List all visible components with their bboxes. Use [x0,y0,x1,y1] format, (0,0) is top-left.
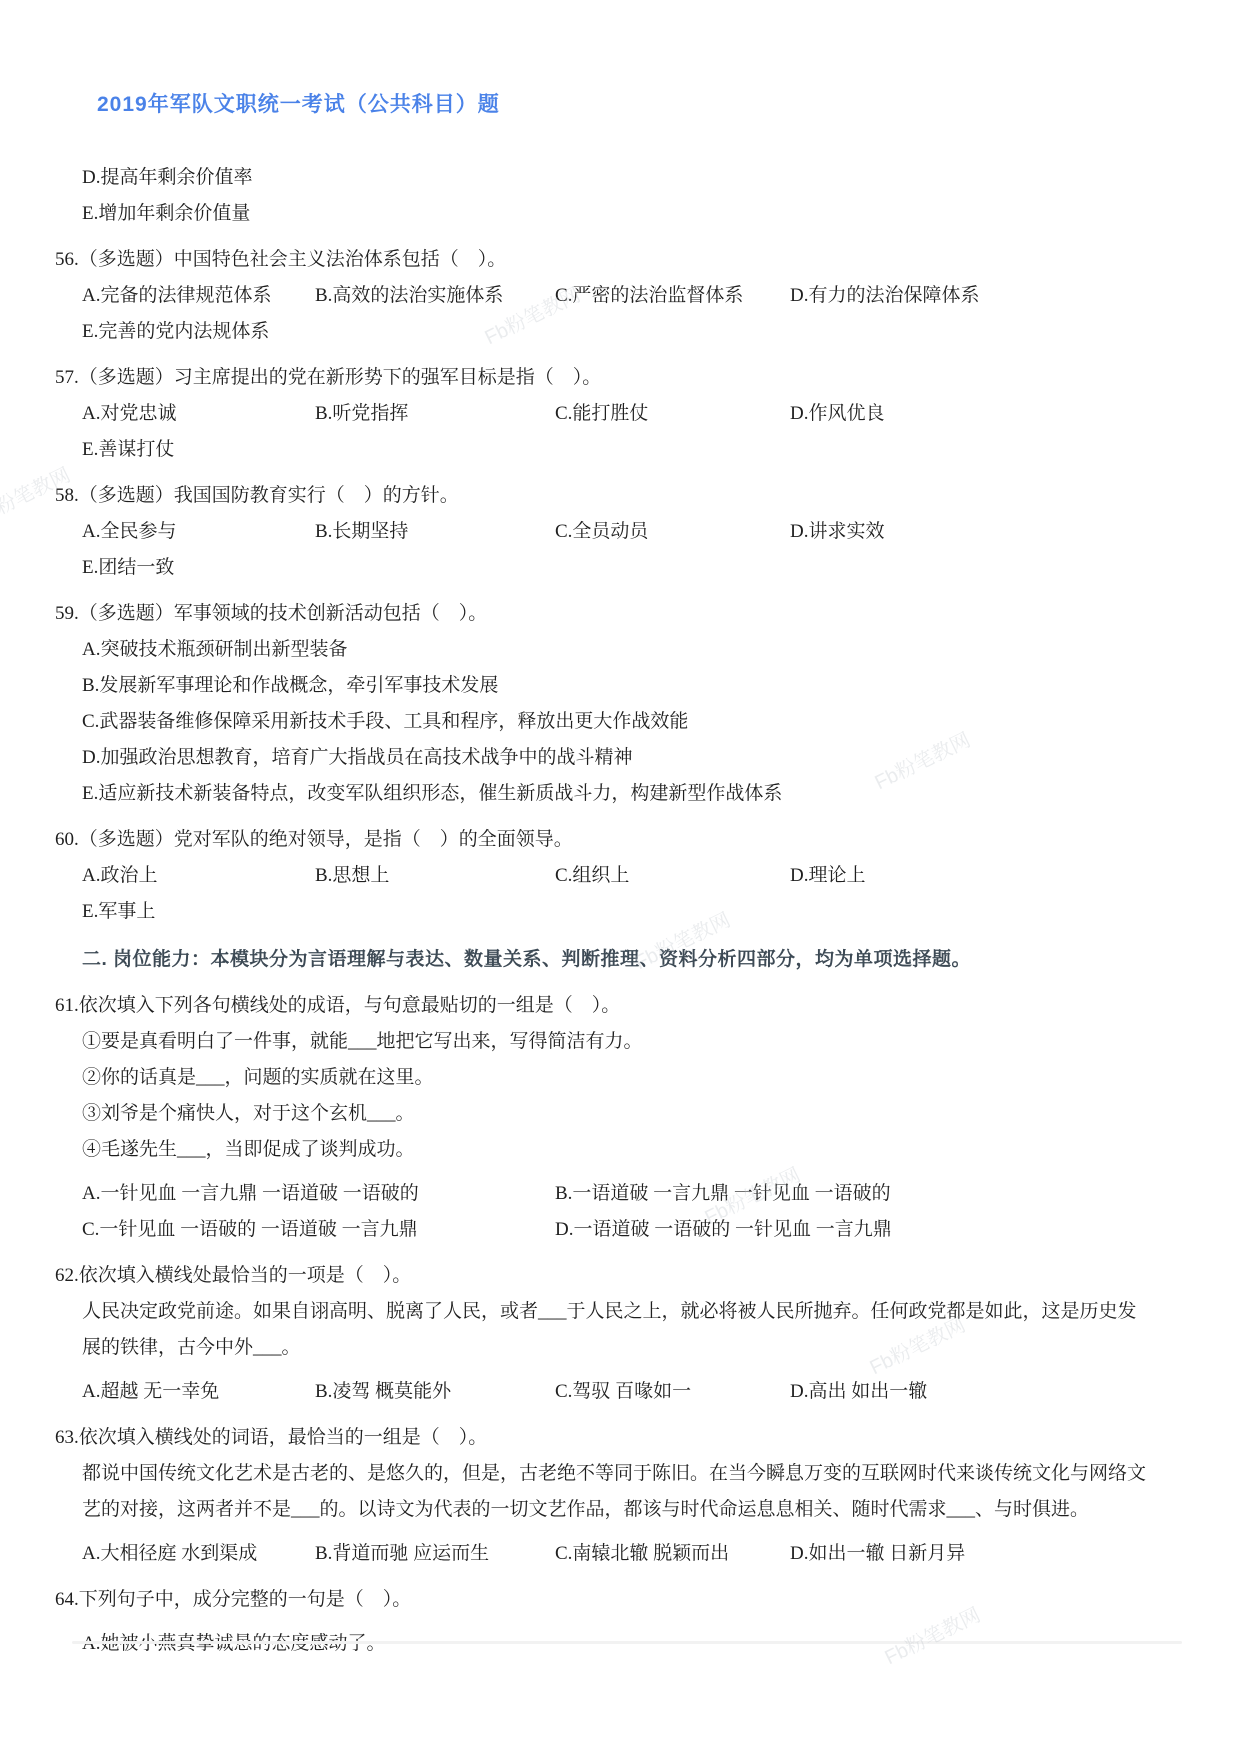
section-header-job-ability: 二. 岗位能力：本模块分为言语理解与表达、数量关系、判断推理、资料分析四部分，均… [82,942,1180,978]
question-56-option-a: A.完备的法律规范体系 [82,278,315,314]
question-63-option-d: D.如出一辙 日新月异 [790,1536,1180,1572]
question-64-option-a: A.她被小燕真挚诚恳的态度感动了。 [82,1626,1180,1662]
question-58-stem-text: （多选题）我国国防教育实行（ ）的方针。 [79,485,459,506]
question-57-options-row: A.对党忠诚 B.听党指挥 C.能打胜仗 D.作风优良 [82,396,1180,432]
question-56-options-row: A.完备的法律规范体系 B.高效的法治实施体系 C.严密的法治监督体系 D.有力… [82,278,1180,314]
question-61-options-row-1: A.一针见血 一言九鼎 一语道破 一语破的 B.一语道破 一言九鼎 一针见血 一… [82,1176,1180,1212]
question-59-option-d: D.加强政治思想教育，培育广大指战员在高技术战争中的战斗精神 [82,740,1180,776]
question-57-number: 57. [55,367,79,388]
question-61-sentence-4: ④毛遂先生___，当即促成了谈判成功。 [82,1132,1152,1168]
question-60-options-row: A.政治上 B.思想上 C.组织上 D.理论上 [82,858,1180,894]
question-62-option-b: B.凌驾 概莫能外 [315,1374,555,1410]
question-62: 62.依次填入横线处最恰当的一项是（ ）。 人民决定政党前途。如果自诩高明、脱离… [55,1258,1180,1410]
question-63: 63.依次填入横线处的词语，最恰当的一组是（ ）。 都说中国传统文化艺术是古老的… [55,1420,1180,1572]
carryover-option-d: D.提高年剩余价值率 [82,160,1180,196]
question-56: 56.（多选题）中国特色社会主义法治体系包括（ ）。 A.完备的法律规范体系 B… [55,242,1180,350]
question-57-option-b: B.听党指挥 [315,396,555,432]
question-59-option-a: A.突破技术瓶颈研制出新型装备 [82,632,1180,668]
question-56-stem-text: （多选题）中国特色社会主义法治体系包括（ ）。 [79,249,507,270]
carryover-options-block: D.提高年剩余价值率 E.增加年剩余价值量 [55,160,1180,232]
question-58-number: 58. [55,485,79,506]
question-56-option-b: B.高效的法治实施体系 [315,278,555,314]
carryover-option-e: E.增加年剩余价值量 [82,196,1180,232]
question-60-number: 60. [55,829,79,850]
question-62-option-a: A.超越 无一幸免 [82,1374,315,1410]
question-61-option-b: B.一语道破 一言九鼎 一针见血 一语破的 [555,1176,1180,1212]
question-61-stem-text: 依次填入下列各句横线处的成语，与句意最贴切的一组是（ ）。 [79,995,621,1016]
question-64-number: 64. [55,1589,79,1610]
question-63-stem: 63.依次填入横线处的词语，最恰当的一组是（ ）。 [55,1420,1180,1456]
question-57-option-c: C.能打胜仗 [555,396,790,432]
question-61-sentence-2: ②你的话真是___，问题的实质就在这里。 [82,1060,1152,1096]
question-63-number: 63. [55,1427,79,1448]
question-58-option-a: A.全民参与 [82,514,315,550]
question-56-option-d: D.有力的法治保障体系 [790,278,1180,314]
question-60-option-c: C.组织上 [555,858,790,894]
question-59: 59.（多选题）军事领域的技术创新活动包括（ ）。 A.突破技术瓶颈研制出新型装… [55,596,1180,812]
question-59-option-e: E.适应新技术新装备特点，改变军队组织形态，催生新质战斗力，构建新型作战体系 [82,776,1180,812]
question-64-stem: 64.下列句子中，成分完整的一句是（ ）。 [55,1582,1180,1618]
question-60-stem: 60.（多选题）党对军队的绝对领导，是指（ ）的全面领导。 [55,822,1180,858]
question-61-option-d: D.一语道破 一语破的 一针见血 一言九鼎 [555,1212,1180,1248]
question-58-options-row: A.全民参与 B.长期坚持 C.全员动员 D.讲求实效 [82,514,1180,550]
question-58: 58.（多选题）我国国防教育实行（ ）的方针。 A.全民参与 B.长期坚持 C.… [55,478,1180,586]
question-61-options-row-2: C.一针见血 一语破的 一语道破 一言九鼎 D.一语道破 一语破的 一针见血 一… [82,1212,1180,1248]
question-61: 61.依次填入下列各句横线处的成语，与句意最贴切的一组是（ ）。 ①要是真看明白… [55,988,1180,1248]
question-57: 57.（多选题）习主席提出的党在新形势下的强军目标是指（ ）。 A.对党忠诚 B… [55,360,1180,468]
question-59-option-c: C.武器装备维修保障采用新技术手段、工具和程序，释放出更大作战效能 [82,704,1180,740]
question-58-option-b: B.长期坚持 [315,514,555,550]
question-59-stem-text: （多选题）军事领域的技术创新活动包括（ ）。 [79,603,488,624]
question-57-stem: 57.（多选题）习主席提出的党在新形势下的强军目标是指（ ）。 [55,360,1180,396]
question-61-sentence-3: ③刘爷是个痛快人，对于这个玄机___。 [82,1096,1152,1132]
question-63-options-row: A.大相径庭 水到渠成 B.背道而驰 应运而生 C.南辕北辙 脱颖而出 D.如出… [82,1536,1180,1572]
question-56-stem: 56.（多选题）中国特色社会主义法治体系包括（ ）。 [55,242,1180,278]
question-57-option-d: D.作风优良 [790,396,1180,432]
question-62-option-c: C.驾驭 百喙如一 [555,1374,790,1410]
question-60-option-e: E.军事上 [82,894,1180,930]
question-63-stem-text: 依次填入横线处的词语，最恰当的一组是（ ）。 [79,1427,488,1448]
question-56-option-e: E.完善的党内法规体系 [82,314,1180,350]
question-63-option-c: C.南辕北辙 脱颖而出 [555,1536,790,1572]
question-62-number: 62. [55,1265,79,1286]
question-57-stem-text: （多选题）习主席提出的党在新形势下的强军目标是指（ ）。 [79,367,602,388]
question-61-number: 61. [55,995,79,1016]
question-56-number: 56. [55,249,79,270]
question-58-option-d: D.讲求实效 [790,514,1180,550]
question-64: 64.下列句子中，成分完整的一句是（ ）。 A.她被小燕真挚诚恳的态度感动了。 [55,1582,1180,1662]
question-58-option-c: C.全员动员 [555,514,790,550]
question-59-stem: 59.（多选题）军事领域的技术创新活动包括（ ）。 [55,596,1180,632]
question-61-stem: 61.依次填入下列各句横线处的成语，与句意最贴切的一组是（ ）。 [55,988,1180,1024]
question-62-option-d: D.高出 如出一辙 [790,1374,1180,1410]
question-64-stem-text: 下列句子中，成分完整的一句是（ ）。 [79,1589,412,1610]
page-bottom-divider [72,1641,1182,1644]
question-61-option-c: C.一针见血 一语破的 一语道破 一言九鼎 [82,1212,555,1248]
question-63-passage: 都说中国传统文化艺术是古老的、是悠久的，但是，古老绝不等同于陈旧。在当今瞬息万变… [82,1456,1152,1528]
question-60-option-a: A.政治上 [82,858,315,894]
question-60: 60.（多选题）党对军队的绝对领导，是指（ ）的全面领导。 A.政治上 B.思想… [55,822,1180,930]
question-62-passage: 人民决定政党前途。如果自诩高明、脱离了人民，或者___于人民之上，就必将被人民所… [82,1294,1152,1366]
question-57-option-a: A.对党忠诚 [82,396,315,432]
question-63-option-b: B.背道而驰 应运而生 [315,1536,555,1572]
exam-document-page: 2019年军队文职统一考试（公共科目）题 D.提高年剩余价值率 E.增加年剩余价… [0,0,1240,1662]
question-63-option-a: A.大相径庭 水到渠成 [82,1536,315,1572]
question-60-stem-text: （多选题）党对军队的绝对领导，是指（ ）的全面领导。 [79,829,573,850]
question-62-options-row: A.超越 无一幸免 B.凌驾 概莫能外 C.驾驭 百喙如一 D.高出 如出一辙 [82,1374,1180,1410]
question-57-option-e: E.善谋打仗 [82,432,1180,468]
question-60-option-d: D.理论上 [790,858,1180,894]
question-62-stem-text: 依次填入横线处最恰当的一项是（ ）。 [79,1265,412,1286]
question-59-option-b: B.发展新军事理论和作战概念，牵引军事技术发展 [82,668,1180,704]
question-58-stem: 58.（多选题）我国国防教育实行（ ）的方针。 [55,478,1180,514]
document-title: 2019年军队文职统一考试（公共科目）题 [97,88,1180,118]
question-59-number: 59. [55,603,79,624]
question-61-sentence-1: ①要是真看明白了一件事，就能___地把它写出来，写得简洁有力。 [82,1024,1152,1060]
question-56-option-c: C.严密的法治监督体系 [555,278,790,314]
question-60-option-b: B.思想上 [315,858,555,894]
question-62-stem: 62.依次填入横线处最恰当的一项是（ ）。 [55,1258,1180,1294]
question-61-option-a: A.一针见血 一言九鼎 一语道破 一语破的 [82,1176,555,1212]
question-58-option-e: E.团结一致 [82,550,1180,586]
